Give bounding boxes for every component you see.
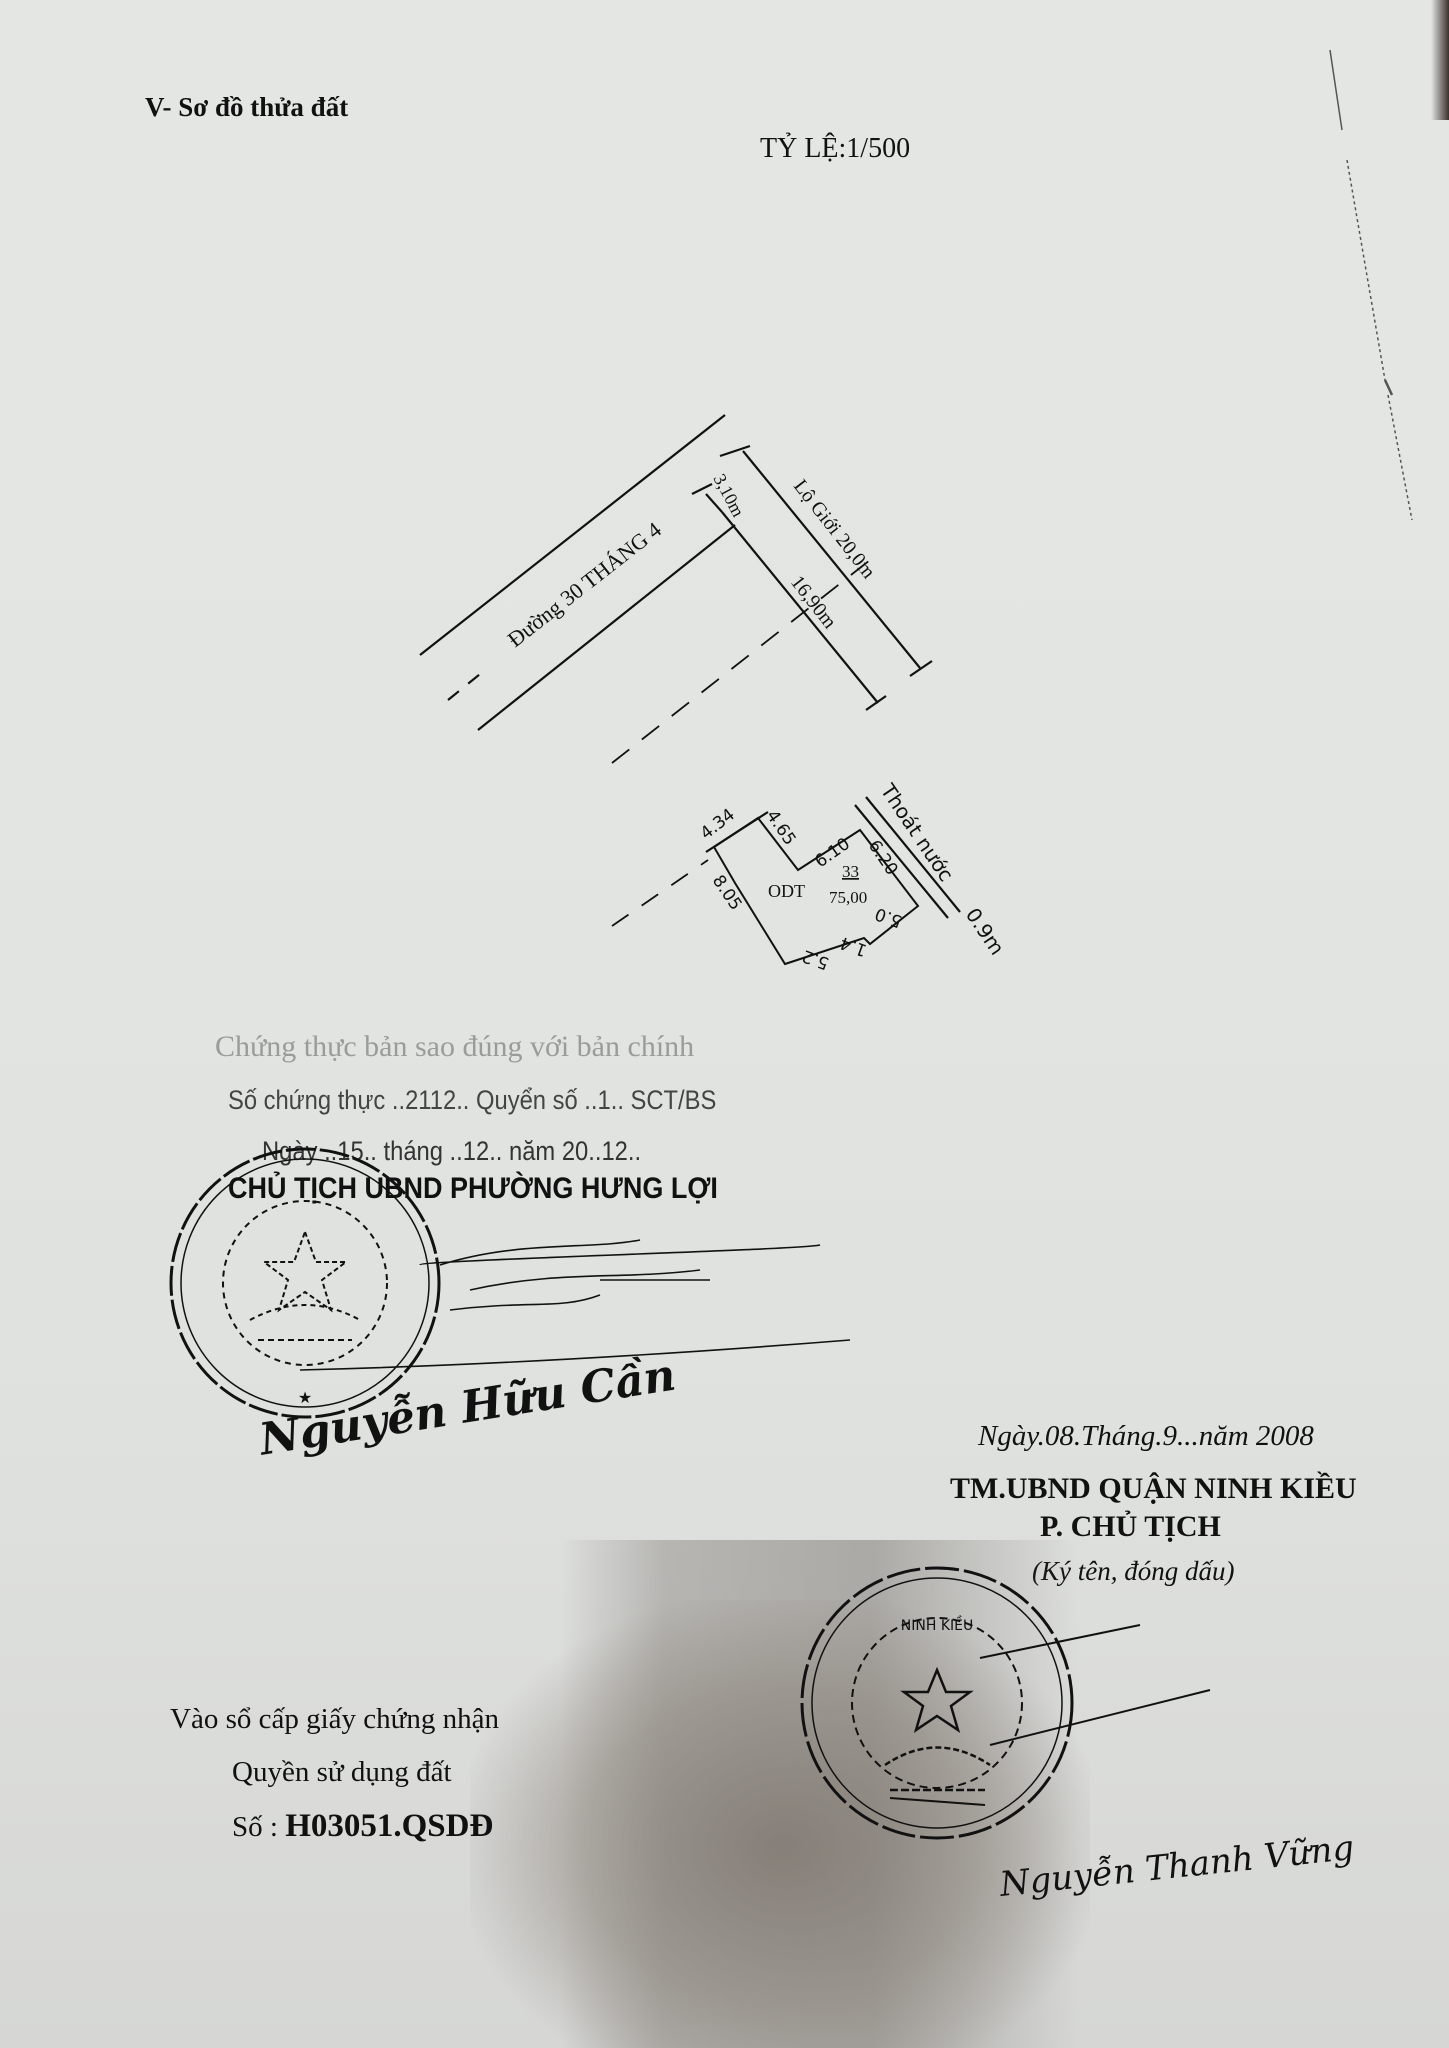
certification-title: CHỦ TỊCH UBND PHƯỜNG HƯNG LỢI — [228, 1172, 718, 1206]
document-page — [0, 0, 1449, 2048]
registration-number-label: Số : — [232, 1811, 278, 1843]
sign-note: (Ký tên, đóng dấu) — [1032, 1556, 1234, 1587]
certification-line-1: Chứng thực bản sao đúng với bản chính — [215, 1030, 694, 1064]
registration-line-1: Vào sổ cấp giấy chứng nhận — [170, 1703, 499, 1736]
issuance-date: Ngày.08.Tháng.9...năm 2008 — [978, 1420, 1314, 1453]
registration-number: Số : H03051.QSDĐ — [232, 1808, 493, 1845]
signer-position: P. CHỦ TỊCH — [1040, 1510, 1221, 1544]
certification-line-2: Số chứng thực ..2112.. Quyển số ..1.. SC… — [228, 1085, 716, 1116]
section-title: V- Sơ đồ thửa đất — [145, 92, 348, 123]
background-edge — [1431, 0, 1449, 120]
registration-line-2: Quyền sử dụng đất — [232, 1756, 452, 1789]
registration-number-value: H03051.QSDĐ — [285, 1808, 493, 1844]
scale-label: TỶ LỆ:1/500 — [760, 133, 910, 165]
issuing-organization: TM.UBND QUẬN NINH KIỀU — [950, 1472, 1357, 1506]
certification-line-3: Ngày ..15.. tháng ..12.. năm 20..12.. — [262, 1136, 641, 1167]
